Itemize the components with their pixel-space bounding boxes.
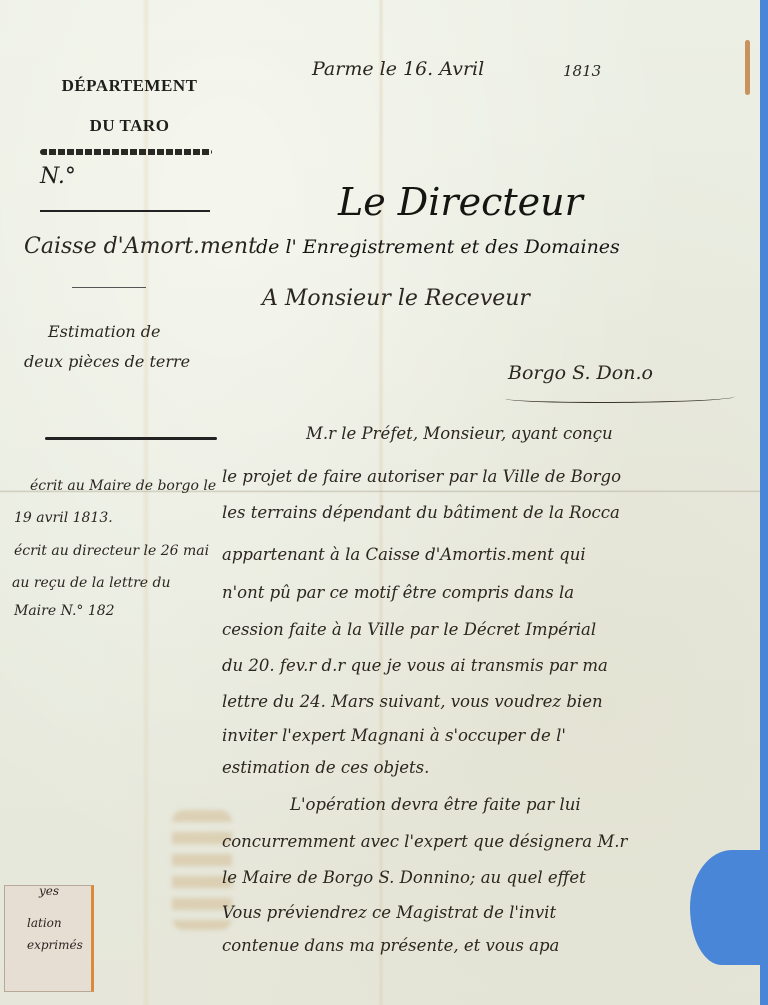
subject-caisse: Caisse d'Amort.ment [24,234,257,259]
letterhead-subtitle: de l' Enregistrement et des Domaines [256,236,620,258]
object-line-2: deux pièces de terre [24,352,190,371]
body-line: Vous préviendrez ce Magistrat de l'invit [222,903,556,922]
date-line: Parme le 16. Avril [312,58,484,80]
body-line: du 20. fev.r d.r que je vous ai transmis… [222,656,608,675]
rust-stain [745,40,750,95]
body-line: le Maire de Borgo S. Donnino; au quel ef… [222,868,586,887]
body-line: appartenant à la Caisse d'Amortis.ment q… [222,545,586,564]
department-name: DU TARO [42,116,217,136]
paper-patch: yes lation exprimés [4,885,94,992]
body-line: les terrains dépendant du bâtiment de la… [222,503,620,522]
patch-text: exprimés [27,938,83,952]
ornamental-chain-divider [40,149,212,155]
letterhead-title: Le Directeur [338,180,583,224]
object-line-1: Estimation de [48,322,160,341]
department-heading: DÉPARTEMENT [42,76,217,96]
body-line: concurremment avec l'expert que désigner… [222,832,627,851]
body-line: M.r le Préfet, Monsieur, ayant conçu [306,424,613,443]
torn-corner [690,850,760,965]
subtitle-text: l' Enregistrement et des Domaines [285,236,619,258]
ornamental-divider [45,437,217,440]
body-line: L'opération devra être faite par lui [290,795,581,814]
margin-note: écrit au Maire de borgo le [30,478,216,494]
number-label: N.° [40,164,76,189]
divider-rule [40,210,210,212]
date-year: 1813 [563,62,601,80]
body-line: lettre du 24. Mars suivant, vous voudrez… [222,692,603,711]
addressee-line: A Monsieur le Receveur [262,286,530,311]
body-line: contenue dans ma présente, et vous apa [222,936,559,955]
place-flourish [505,392,735,403]
body-line: n'ont pû par ce motif être compris dans … [222,583,574,602]
body-line: estimation de ces objets. [222,758,429,777]
margin-note: 19 avril 1813. [14,510,113,526]
body-line: cession faite à la Ville par le Décret I… [222,620,596,639]
body-line: inviter l'expert Magnani à s'occuper de … [222,726,566,745]
margin-note: écrit au directeur le 26 mai [14,543,209,559]
subtitle-prefix: de [256,236,279,258]
margin-note: au reçu de la lettre du [12,575,171,591]
addressee-place: Borgo S. Don.o [508,362,653,384]
background-edge [760,0,768,1005]
patch-text: yes [39,884,59,898]
patch-text: lation [27,916,62,930]
letter-page: DÉPARTEMENT DU TARO N.° Parme le 16. Avr… [0,0,760,1005]
subject-underline [72,287,146,288]
body-line: le projet de faire autoriser par la Vill… [222,467,621,486]
margin-note: Maire N.° 182 [14,603,115,619]
